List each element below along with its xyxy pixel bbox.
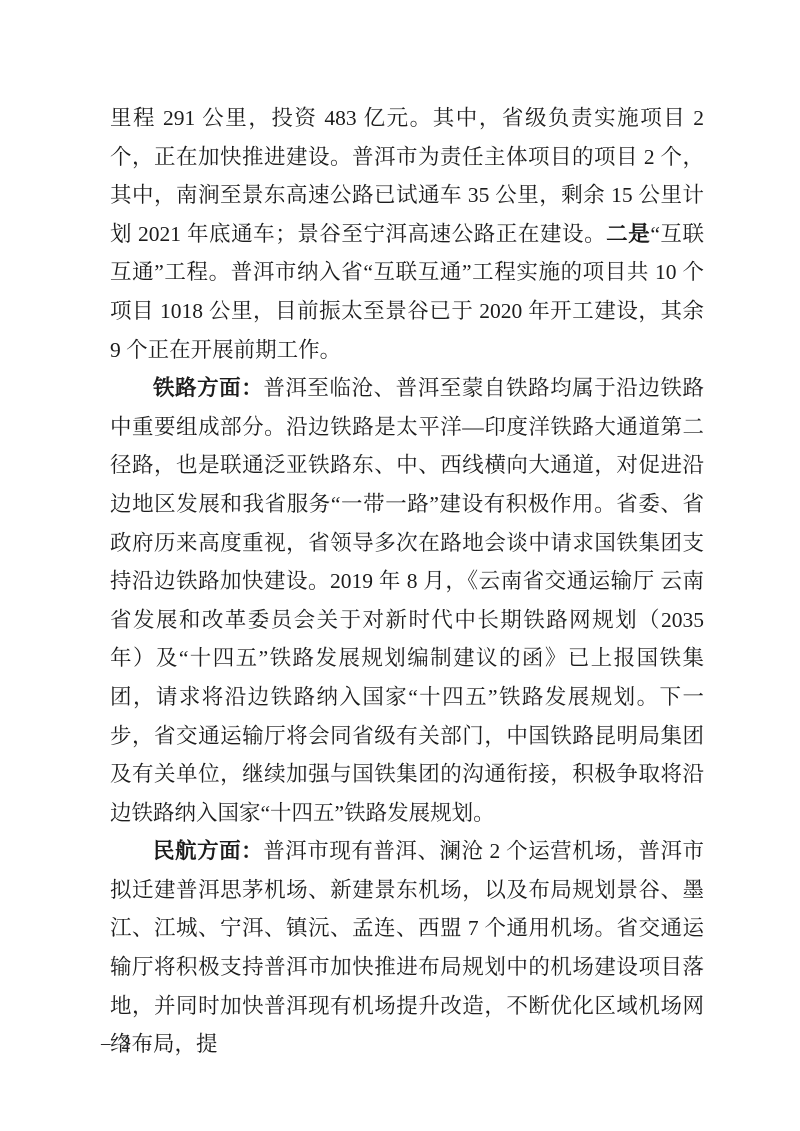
document-body: 里程 291 公里，投资 483 亿元。其中，省级负责实施项目 2 个，正在加快… (110, 99, 704, 1064)
document-page: 里程 291 公里，投资 483 亿元。其中，省级负责实施项目 2 个，正在加快… (0, 0, 800, 1131)
text-segment: 普洱市现有普洱、澜沧 2 个运营机场，普洱市拟迁建普洱思茅机场、新建景东机场，以… (110, 839, 704, 1056)
text-segment: 铁路方面： (153, 376, 263, 400)
text-segment: 民航方面： (153, 839, 263, 863)
text-segment: 普洱至临沧、普洱至蒙自铁路均属于沿边铁路中重要组成部分。沿边铁路是太平洋—印度洋… (110, 376, 704, 825)
railway-paragraph: 铁路方面：普洱至临沧、普洱至蒙自铁路均属于沿边铁路中重要组成部分。沿边铁路是太平… (110, 369, 704, 832)
aviation-paragraph: 民航方面：普洱市现有普洱、澜沧 2 个运营机场，普洱市拟迁建普洱思茅机场、新建景… (110, 832, 704, 1064)
text-segment: 二是 (606, 222, 650, 246)
page-number: – 2 – (101, 1033, 154, 1055)
highway-paragraph-continued: 里程 291 公里，投资 483 亿元。其中，省级负责实施项目 2 个，正在加快… (110, 99, 704, 369)
